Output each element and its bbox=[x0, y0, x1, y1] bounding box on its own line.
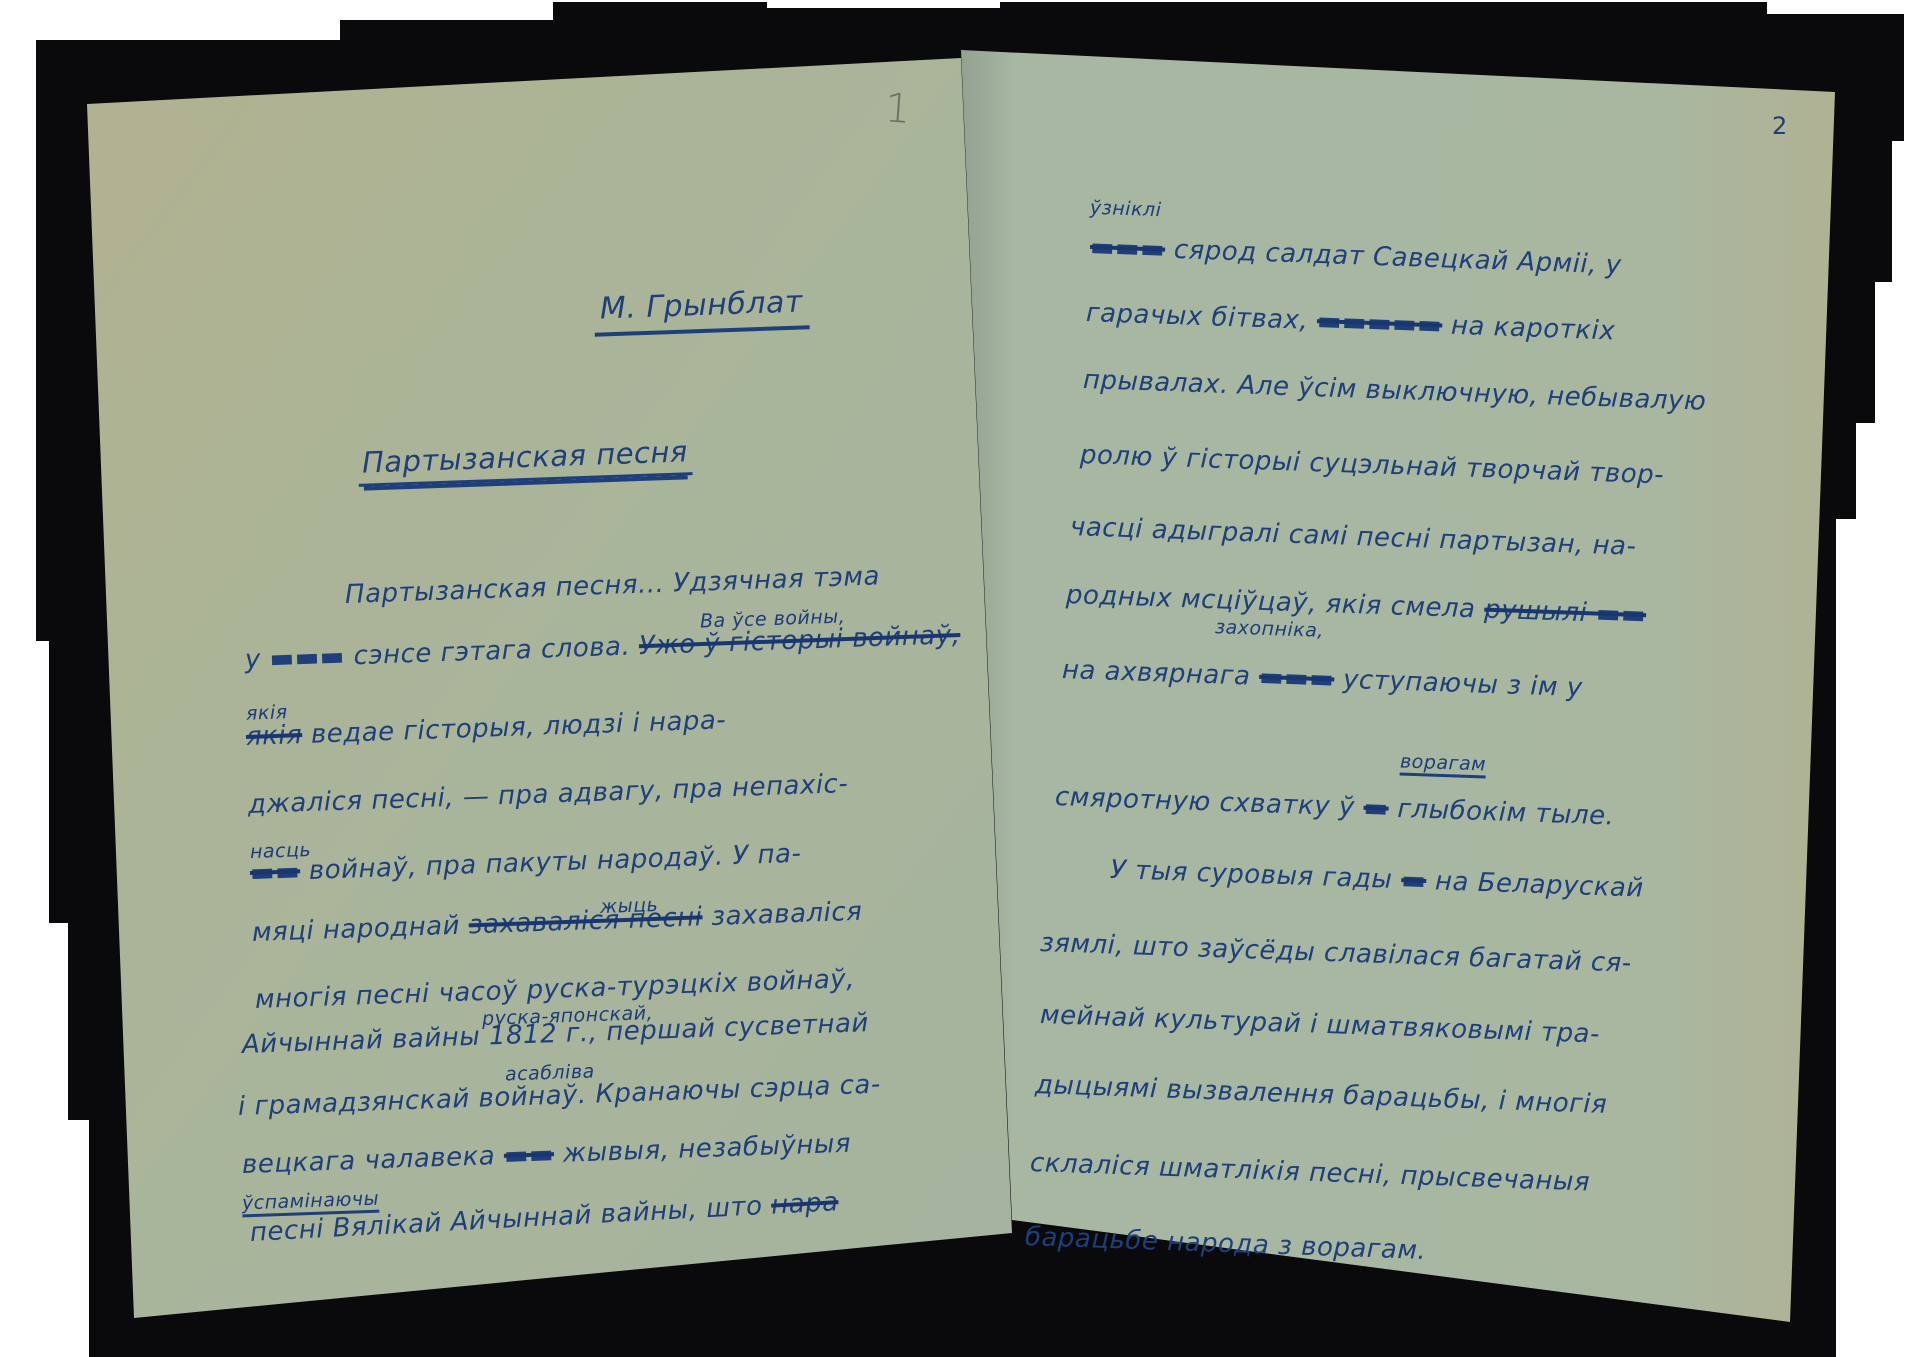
insertion: ўзніклі bbox=[1090, 197, 1162, 221]
page-number: 2 bbox=[1772, 112, 1788, 140]
insertion: ворагам bbox=[1400, 751, 1487, 779]
struck-text: ▬ bbox=[1401, 865, 1427, 896]
manuscript-scan: 1 М. Грынблат Партызанская песня Партыза… bbox=[0, 0, 1920, 1357]
left-page bbox=[87, 58, 1012, 1318]
struck-text: ▬▬▬ bbox=[1089, 232, 1165, 265]
struck-text: ▬▬▬▬▬ bbox=[1316, 306, 1442, 340]
page-number: 1 bbox=[883, 85, 912, 133]
struck-text: нара bbox=[770, 1187, 839, 1220]
insertion: захопніка, bbox=[1215, 616, 1325, 642]
struck-text: рушылі ▬▬ bbox=[1484, 595, 1647, 631]
struck-text: ▬▬▬ bbox=[1259, 662, 1335, 695]
line-text-tail: захаваліся bbox=[711, 897, 863, 932]
author-name: М. Грынблат bbox=[593, 284, 810, 336]
struck-text: ▬▬ bbox=[503, 1139, 554, 1171]
line-text-tail: на кароткіх bbox=[1451, 311, 1616, 347]
struck-text: ▬ bbox=[1363, 793, 1389, 824]
struck-text: якія bbox=[245, 720, 302, 752]
struck-text: ▬▬ bbox=[249, 856, 300, 888]
